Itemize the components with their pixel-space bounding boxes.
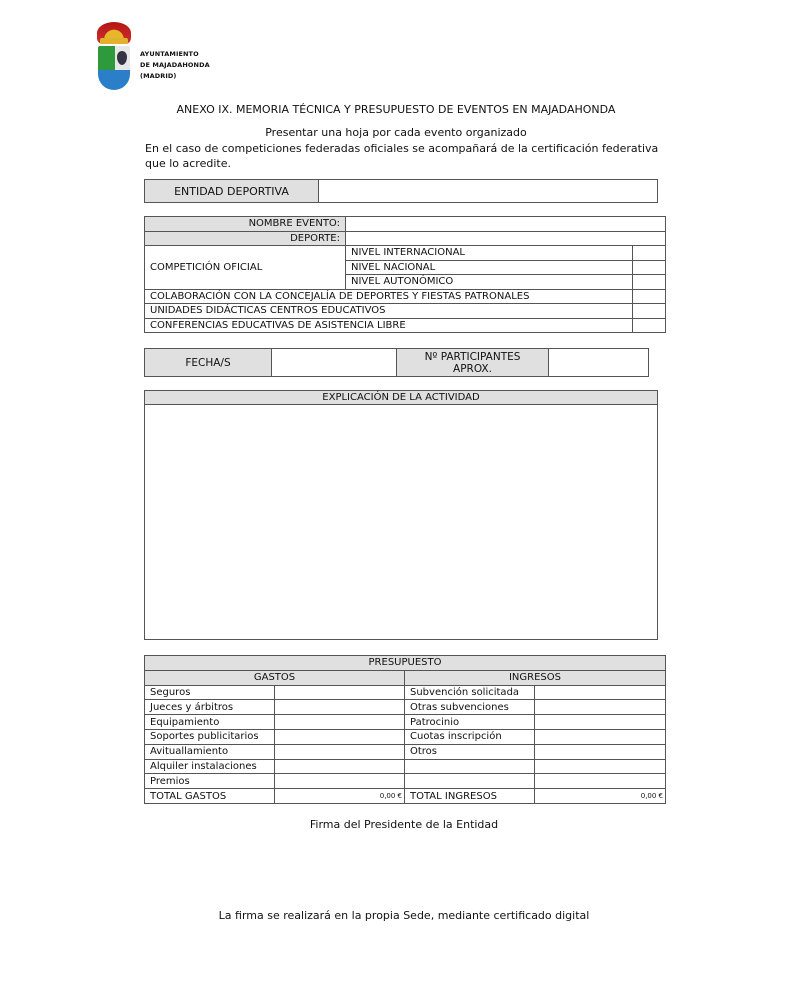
total-ingresos-value: 0,00 € xyxy=(535,789,666,804)
ingreso-amount-field[interactable] xyxy=(535,729,666,744)
ingresos-header: INGRESOS xyxy=(405,670,666,685)
budget-row: SegurosSubvención solicitada xyxy=(145,685,666,700)
explicacion-table: EXPLICACIÓN DE LA ACTIVIDAD xyxy=(144,390,658,640)
document-note: En el caso de competiciones federadas of… xyxy=(145,142,665,171)
gasto-amount-field[interactable] xyxy=(275,744,405,759)
gasto-label: Soportes publicitarios xyxy=(145,729,275,744)
nivel-nacional-checkbox[interactable] xyxy=(633,260,666,275)
explicacion-header: EXPLICACIÓN DE LA ACTIVIDAD xyxy=(145,391,658,405)
firma-label: Firma del Presidente de la Entidad xyxy=(0,818,792,831)
colaboracion-label: COLABORACIÓN CON LA CONCEJALÍA DE DEPORT… xyxy=(145,289,633,304)
ingreso-amount-field[interactable] xyxy=(535,759,666,774)
participantes-field[interactable] xyxy=(549,349,649,377)
evento-table: NOMBRE EVENTO: DEPORTE: COMPETICIÓN OFIC… xyxy=(144,216,666,333)
participantes-label: Nº PARTICIPANTES APROX. xyxy=(397,349,549,377)
org-line: (MADRID) xyxy=(140,71,210,82)
coat-of-arms-icon xyxy=(95,20,133,92)
entidad-label: ENTIDAD DEPORTIVA xyxy=(145,180,319,203)
nivel-internacional-checkbox[interactable] xyxy=(633,246,666,261)
org-line: DE MAJADAHONDA xyxy=(140,60,210,71)
participantes-label-line: Nº PARTICIPANTES xyxy=(402,351,543,363)
nombre-evento-field[interactable] xyxy=(346,217,666,232)
conferencias-checkbox[interactable] xyxy=(633,318,666,333)
gasto-amount-field[interactable] xyxy=(275,729,405,744)
gasto-amount-field[interactable] xyxy=(275,715,405,730)
ingreso-label: Cuotas inscripción xyxy=(405,729,535,744)
ingreso-label: Otras subvenciones xyxy=(405,700,535,715)
fecha-label: FECHA/S xyxy=(145,349,272,377)
shield-icon xyxy=(98,46,130,90)
ingreso-label: Subvención solicitada xyxy=(405,685,535,700)
gasto-label: Seguros xyxy=(145,685,275,700)
gasto-label: Jueces y árbitros xyxy=(145,700,275,715)
participantes-label-line: APROX. xyxy=(402,363,543,375)
gasto-amount-field[interactable] xyxy=(275,774,405,789)
budget-row: Jueces y árbitrosOtras subvenciones xyxy=(145,700,666,715)
total-ingresos-label: TOTAL INGRESOS xyxy=(405,789,535,804)
gasto-label: Premios xyxy=(145,774,275,789)
gastos-header: GASTOS xyxy=(145,670,405,685)
gasto-label: Alquiler instalaciones xyxy=(145,759,275,774)
entidad-field[interactable] xyxy=(319,180,658,203)
explicacion-field[interactable] xyxy=(145,405,658,640)
budget-row: Alquiler instalaciones xyxy=(145,759,666,774)
budget-row: AvituallamientoOtros xyxy=(145,744,666,759)
unidades-didacticas-label: UNIDADES DIDÁCTICAS CENTROS EDUCATIVOS xyxy=(145,304,633,319)
ingreso-amount-field[interactable] xyxy=(535,774,666,789)
gasto-amount-field[interactable] xyxy=(275,700,405,715)
budget-row: Soportes publicitariosCuotas inscripción xyxy=(145,729,666,744)
ingreso-amount-field[interactable] xyxy=(535,744,666,759)
nivel-internacional-label: NIVEL INTERNACIONAL xyxy=(346,246,633,261)
gasto-label: Avituallamiento xyxy=(145,744,275,759)
conferencias-label: CONFERENCIAS EDUCATIVAS DE ASISTENCIA LI… xyxy=(145,318,633,333)
nivel-nacional-label: NIVEL NACIONAL xyxy=(346,260,633,275)
ingreso-amount-field[interactable] xyxy=(535,700,666,715)
presupuesto-header: PRESUPUESTO xyxy=(145,656,666,671)
gasto-amount-field[interactable] xyxy=(275,685,405,700)
fecha-table: FECHA/S Nº PARTICIPANTES APROX. xyxy=(144,348,649,377)
ingreso-label xyxy=(405,759,535,774)
budget-row: Premios xyxy=(145,774,666,789)
firma-footer: La firma se realizará en la propia Sede,… xyxy=(0,909,792,922)
total-gastos-label: TOTAL GASTOS xyxy=(145,789,275,804)
ingreso-label: Patrocinio xyxy=(405,715,535,730)
fecha-field[interactable] xyxy=(272,349,397,377)
nivel-autonomico-checkbox[interactable] xyxy=(633,275,666,290)
document-title: ANEXO IX. MEMORIA TÉCNICA Y PRESUPUESTO … xyxy=(0,103,792,116)
deporte-field[interactable] xyxy=(346,231,666,246)
document-subtitle: Presentar una hoja por cada evento organ… xyxy=(0,126,792,139)
ingreso-amount-field[interactable] xyxy=(535,685,666,700)
gasto-label: Equipamiento xyxy=(145,715,275,730)
deporte-label: DEPORTE: xyxy=(145,231,346,246)
presupuesto-table: PRESUPUESTO GASTOS INGRESOS SegurosSubve… xyxy=(144,655,666,804)
entidad-table: ENTIDAD DEPORTIVA xyxy=(144,179,658,203)
organization-name: AYUNTAMIENTO DE MAJADAHONDA (MADRID) xyxy=(140,49,210,82)
ingreso-label xyxy=(405,774,535,789)
org-line: AYUNTAMIENTO xyxy=(140,49,210,60)
nombre-evento-label: NOMBRE EVENTO: xyxy=(145,217,346,232)
unidades-didacticas-checkbox[interactable] xyxy=(633,304,666,319)
ingreso-label: Otros xyxy=(405,744,535,759)
ingreso-amount-field[interactable] xyxy=(535,715,666,730)
gasto-amount-field[interactable] xyxy=(275,759,405,774)
budget-row: EquipamientoPatrocinio xyxy=(145,715,666,730)
competicion-label: COMPETICIÓN OFICIAL xyxy=(145,246,346,290)
total-gastos-value: 0,00 € xyxy=(275,789,405,804)
colaboracion-checkbox[interactable] xyxy=(633,289,666,304)
nivel-autonomico-label: NIVEL AUTONÓMICO xyxy=(346,275,633,290)
crown-icon xyxy=(97,22,131,44)
